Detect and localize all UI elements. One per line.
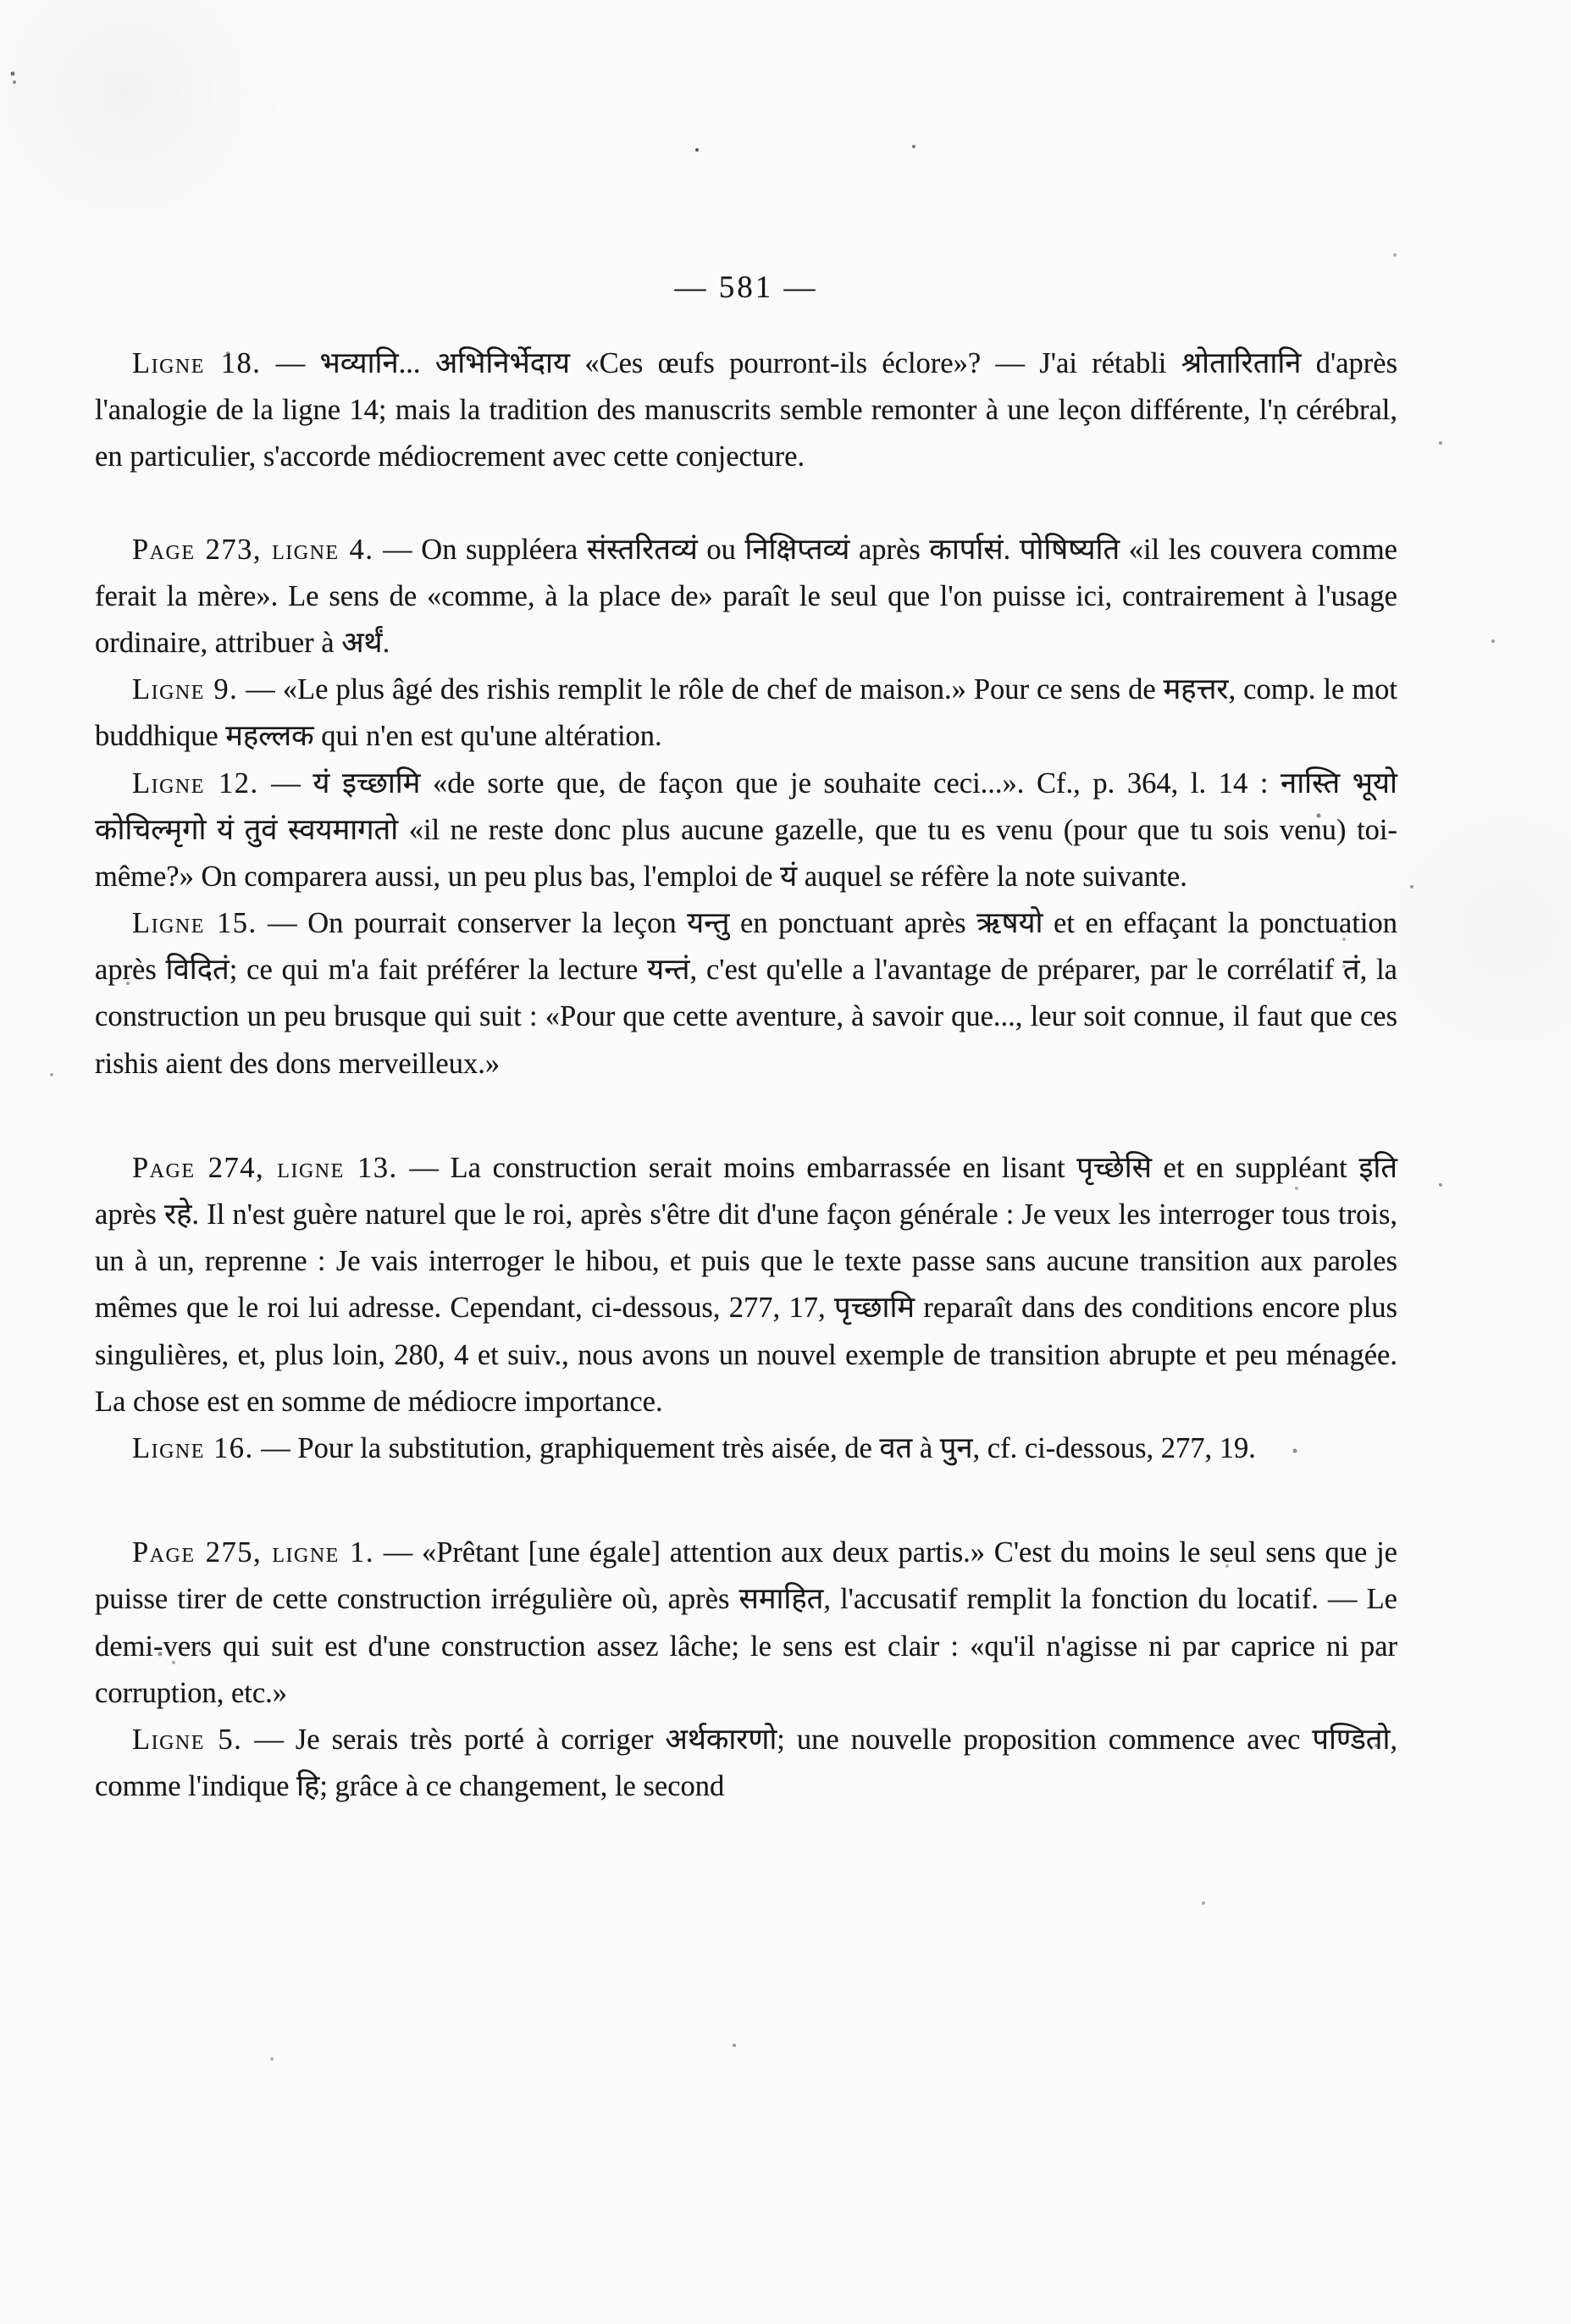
paragraph-label: Ligne 9.	[132, 673, 238, 705]
paragraph-label: Page 275, ligne 1.	[132, 1536, 374, 1569]
paragraph-ligne-5: Ligne 5. — Je serais très porté à corrig…	[95, 1717, 1397, 1810]
paragraph-label: Page 273, ligne 4.	[132, 534, 374, 566]
paragraph-page-275-ligne-1: Page 275, ligne 1. — «Prêtant [une égale…	[95, 1530, 1397, 1717]
paragraph-page-273-ligne-4: Page 273, ligne 4. — On suppléera संस्तर…	[95, 527, 1397, 667]
paragraph-ligne-16: Ligne 16. — Pour la substitution, graphi…	[95, 1425, 1397, 1472]
paragraph-ligne-15: Ligne 15. — On pourrait conserver la leç…	[95, 900, 1397, 1087]
paragraph-label: Ligne 16.	[132, 1432, 254, 1464]
page-number: — 581 —	[95, 269, 1397, 306]
paragraph-label: Ligne 5.	[132, 1724, 242, 1756]
paragraph-text: — «Le plus âgé des rishis remplit le rôl…	[95, 673, 1397, 752]
scan-noise-specks	[0, 0, 2, 2]
paragraph-text: — On pourrait conserver la leçon यन्तु e…	[95, 907, 1397, 1080]
paragraph-page-274-ligne-13: Page 274, ligne 13. — La construction se…	[95, 1145, 1397, 1425]
scanned-book-page: — 581 — Ligne 18. — भव्यानि... अभिनिर्भे…	[0, 0, 1571, 2324]
paragraph-text: — यं इच्छामि «de sorte que, de façon que…	[95, 767, 1397, 893]
paragraph-label: Ligne 12.	[132, 767, 259, 800]
paragraph-ligne-12: Ligne 12. — यं इच्छामि «de sorte que, de…	[95, 761, 1397, 901]
paragraph-text: — Pour la substitution, graphiquement tr…	[261, 1432, 1256, 1464]
paragraph-label: Ligne 18.	[132, 347, 261, 379]
paragraph-text: — La construction serait moins embarrass…	[95, 1152, 1397, 1418]
paragraph-label: Page 274, ligne 13.	[132, 1152, 398, 1184]
paragraph-label: Ligne 15.	[132, 907, 257, 939]
paragraph-text: — Je serais très porté à corriger अर्थका…	[95, 1724, 1397, 1802]
paragraph-ligne-18: Ligne 18. — भव्यानि... अभिनिर्भेदाय «Ces…	[95, 340, 1397, 481]
text-block: Ligne 18. — भव्यानि... अभिनिर्भेदाय «Ces…	[95, 340, 1397, 1810]
paragraph-ligne-9: Ligne 9. — «Le plus âgé des rishis rempl…	[95, 667, 1397, 760]
paragraph-text: — भव्यानि... अभिनिर्भेदाय «Ces œufs pour…	[95, 347, 1397, 473]
